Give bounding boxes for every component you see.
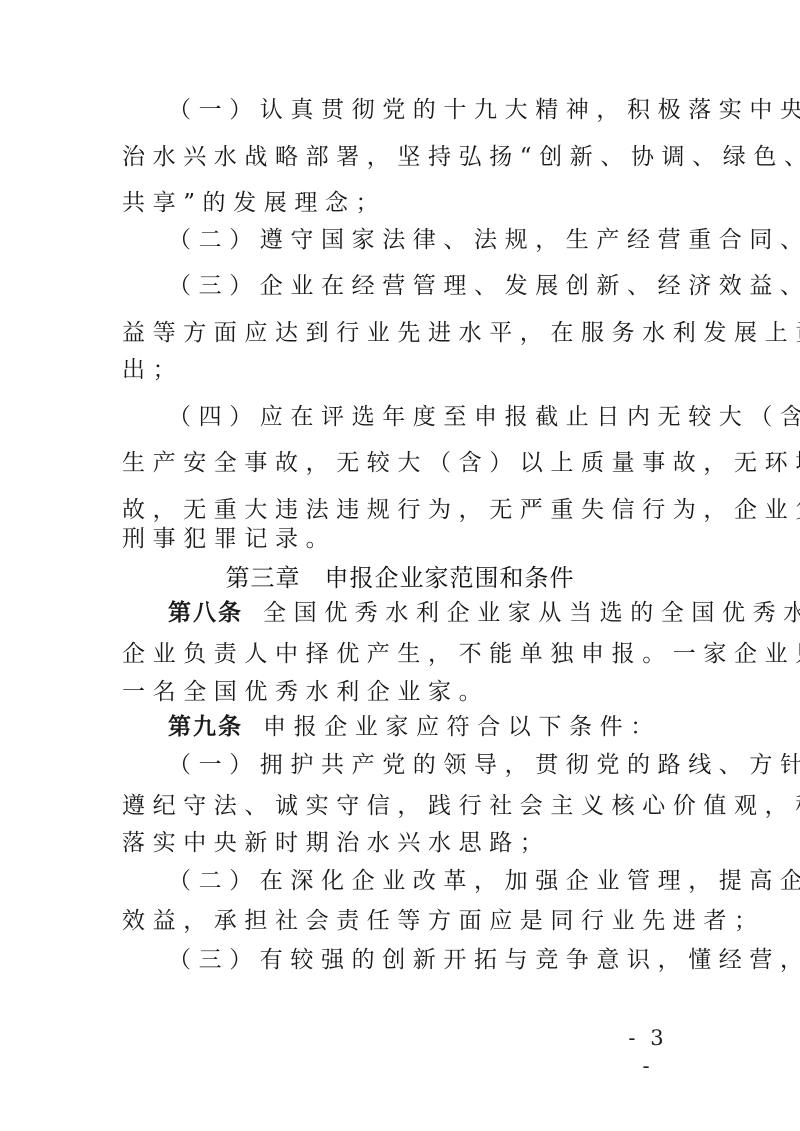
paragraph-line: 效益，承担社会责任等方面应是同行业先进者； [122, 904, 682, 938]
paragraph-line: 治水兴水战略部署，坚持弘扬“创新、协调、绿色、开放、 [122, 140, 682, 174]
paragraph-line: 一名全国优秀水利企业家。 [122, 675, 682, 709]
paragraph-line: （三）企业在经营管理、发展创新、经济效益、社会效 [168, 269, 682, 303]
paragraph-line: （一）认真贯彻党的十九大精神，积极落实中央新时期 [168, 93, 682, 127]
article-9-line: 第九条申报企业家应符合以下条件： [168, 710, 682, 744]
article-8-line: 第八条全国优秀水利企业家从当选的全国优秀水利 [168, 596, 682, 630]
document-page: （一）认真贯彻党的十九大精神，积极落实中央新时期 治水兴水战略部署，坚持弘扬“创… [0, 0, 800, 1131]
paragraph-line: 落实中央新时期治水兴水思路； [122, 826, 682, 860]
article-8-label: 第八条 [168, 600, 243, 626]
paragraph-line: （二）在深化企业改革，加强企业管理，提高企业经济 [168, 864, 682, 898]
chapter-heading: 第三章申报企业家范围和条件 [0, 560, 800, 596]
paragraph-line: （四）应在评选年度至申报截止日内无较大（含）以上 [168, 400, 682, 434]
paragraph-line: 生产安全事故，无较大（含）以上质量事故，无环境污染事 [122, 446, 682, 480]
article-9-label: 第九条 [168, 714, 243, 740]
paragraph-line: （三）有较强的创新开拓与竞争意识，懂经营，善管理， [168, 943, 682, 977]
paragraph-line: （二）遵守国家法律、法规，生产经营重合同、守信誉； [168, 223, 682, 257]
article-8-text: 全国优秀水利企业家从当选的全国优秀水利 [263, 600, 800, 626]
article-9-intro: 申报企业家应符合以下条件： [263, 714, 661, 740]
paragraph-line: 遵纪守法、诚实守信，践行社会主义核心价值观，积极贯彻 [122, 789, 682, 823]
paragraph-line: （一）拥护共产党的领导，贯彻党的路线、方针、政策， [168, 748, 682, 782]
paragraph-line: 企业负责人中择优产生，不能单独申报。一家企业只能申报 [122, 637, 682, 671]
page-number: - 3 - [618, 1024, 678, 1052]
paragraph-line: 益等方面应达到行业先进水平，在服务水利发展上贡献突 [122, 316, 682, 350]
paragraph-line: 出； [122, 353, 682, 387]
paragraph-line: 共享”的发展理念； [122, 186, 682, 220]
chapter-number: 第三章 [226, 564, 301, 592]
paragraph-line: 刑事犯罪记录。 [122, 522, 682, 556]
chapter-title: 申报企业家范围和条件 [325, 564, 575, 592]
